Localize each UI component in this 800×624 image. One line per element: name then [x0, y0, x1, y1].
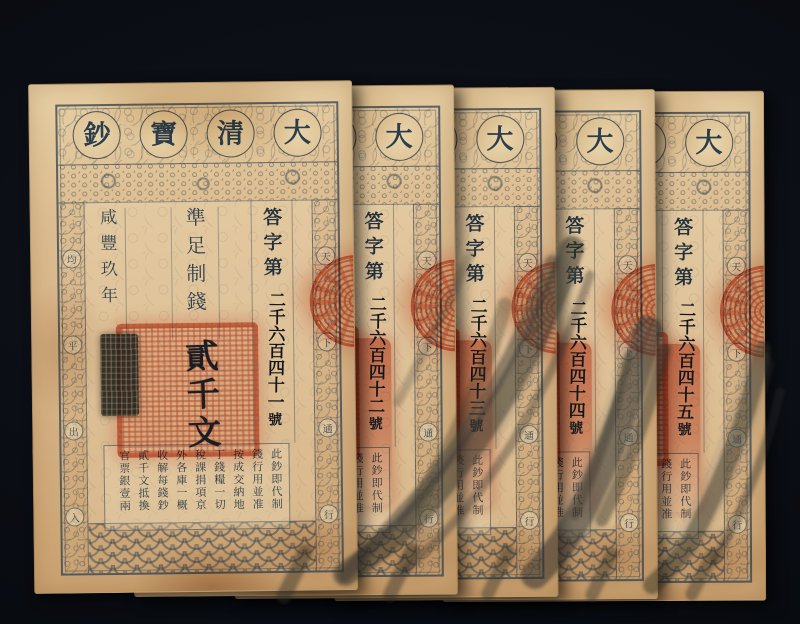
banknote-1: 鈔 寶 清 大 均 平 出 入 天 下 通 行 咸豐玖年 準足制錢 [28, 80, 358, 594]
serial-suffix: 號 [565, 420, 585, 434]
photograph-of-banknotes: 鈔 寶 清 大 均 平 出 入 天 下 通 行 咸豐玖年 準足制錢 [0, 0, 800, 624]
serial-prefix: 答字第 [560, 215, 587, 290]
serial-number: 二千六百四十一 [264, 291, 282, 410]
border-char: 行 [419, 508, 438, 527]
right-ornate-border: 天 下 通 行 [413, 204, 442, 575]
title-char-circle: 大 [273, 108, 322, 157]
right-ornate-border: 天 下 通 行 [311, 199, 342, 570]
serial-suffix: 號 [264, 412, 284, 426]
title-char: 大 [385, 123, 412, 150]
serial-prefix: 答字第 [258, 207, 286, 282]
legend-column: 貳千文抵換 [133, 450, 153, 526]
legend-column: 錢行用並准 [247, 448, 267, 524]
dragon-band [58, 161, 337, 203]
border-char: 行 [319, 504, 338, 523]
border-char: 行 [620, 513, 639, 532]
title-char-circle: 寶 [139, 110, 188, 159]
right-ornate-border: 天 下 通 行 [723, 210, 751, 581]
value-heading-column: 準足制錢 [171, 207, 221, 340]
title-char-circle: 鈔 [73, 111, 122, 160]
border-char: 入 [65, 507, 84, 526]
black-merchant-seal-icon [100, 334, 139, 416]
serial-prefix: 答字第 [359, 211, 387, 286]
right-ornate-border: 天 下 通 行 [514, 206, 543, 577]
serial-column: 答字第 二千六百四十一 號 [250, 200, 295, 443]
serial-suffix: 號 [465, 418, 485, 432]
serial-column: 答字第 二千六百四十三 號 [453, 206, 497, 449]
title-char: 清 [217, 120, 244, 147]
serial-number: 二千六百四十四 [565, 299, 584, 418]
value-heading: 準足制錢 [180, 207, 211, 339]
legend-column: 此鈔即代制 [266, 448, 286, 524]
right-ornate-border: 天 下 通 行 [614, 208, 642, 579]
value-amount: 貳千文 [165, 328, 227, 464]
border-char: 行 [728, 514, 747, 533]
main-field: 咸豐玖年 準足制錢 貳千文 答字第 二千六百四十一 號 此鈔即代制 錢行用並准 … [84, 200, 315, 525]
title-char: 寶 [150, 121, 177, 148]
title-char-circle: 清 [206, 109, 255, 158]
serial-number: 二千六百四十二 [365, 295, 384, 414]
title-band: 鈔 寶 清 大 [57, 103, 337, 165]
serial-column: 答字第 二千六百四十五 號 [662, 210, 705, 453]
serial-number: 二千六百四十五 [673, 301, 692, 420]
title-char-circle: 大 [576, 117, 624, 165]
serial-suffix: 號 [365, 416, 385, 430]
serial-number: 二千六百四十三 [465, 297, 484, 416]
serial-column: 答字第 二千六百四十二 號 [352, 204, 396, 447]
legend-column: 官票銀壹兩 [114, 450, 134, 526]
title-char: 鈔 [83, 121, 110, 148]
border-char: 通 [419, 422, 438, 441]
border-char: 通 [619, 427, 638, 446]
title-char: 大 [695, 129, 722, 156]
serial-column: 答字第 二千六百四十四 號 [553, 208, 596, 451]
border-char: 行 [520, 510, 539, 529]
border-char: 出 [64, 421, 83, 440]
border-char: 通 [727, 429, 746, 448]
date-column: 咸豐玖年 [89, 208, 128, 336]
border-char: 均 [62, 250, 81, 269]
serial-prefix: 答字第 [460, 213, 488, 288]
border-char: 通 [519, 425, 538, 444]
border-char: 平 [63, 335, 82, 354]
printed-frame: 鈔 寶 清 大 均 平 出 入 天 下 通 行 咸豐玖年 準足制錢 [55, 101, 344, 575]
title-char-circle: 大 [476, 115, 524, 163]
title-char: 大 [586, 128, 613, 155]
legend-column: 按成交納地 [228, 448, 248, 524]
title-char: 大 [486, 126, 513, 153]
title-char: 大 [284, 119, 311, 146]
serial-suffix: 號 [673, 422, 693, 436]
title-char-circle: 大 [685, 119, 733, 167]
title-char-circle: 大 [375, 113, 423, 161]
border-char: 通 [318, 418, 337, 437]
banknotes-fan: 鈔 寶 清 大 均 平 出 入 天 下 通 行 咸豐玖年 準足制錢 [0, 0, 800, 624]
issue-date: 咸豐玖年 [94, 208, 121, 336]
serial-prefix: 答字第 [669, 217, 696, 292]
